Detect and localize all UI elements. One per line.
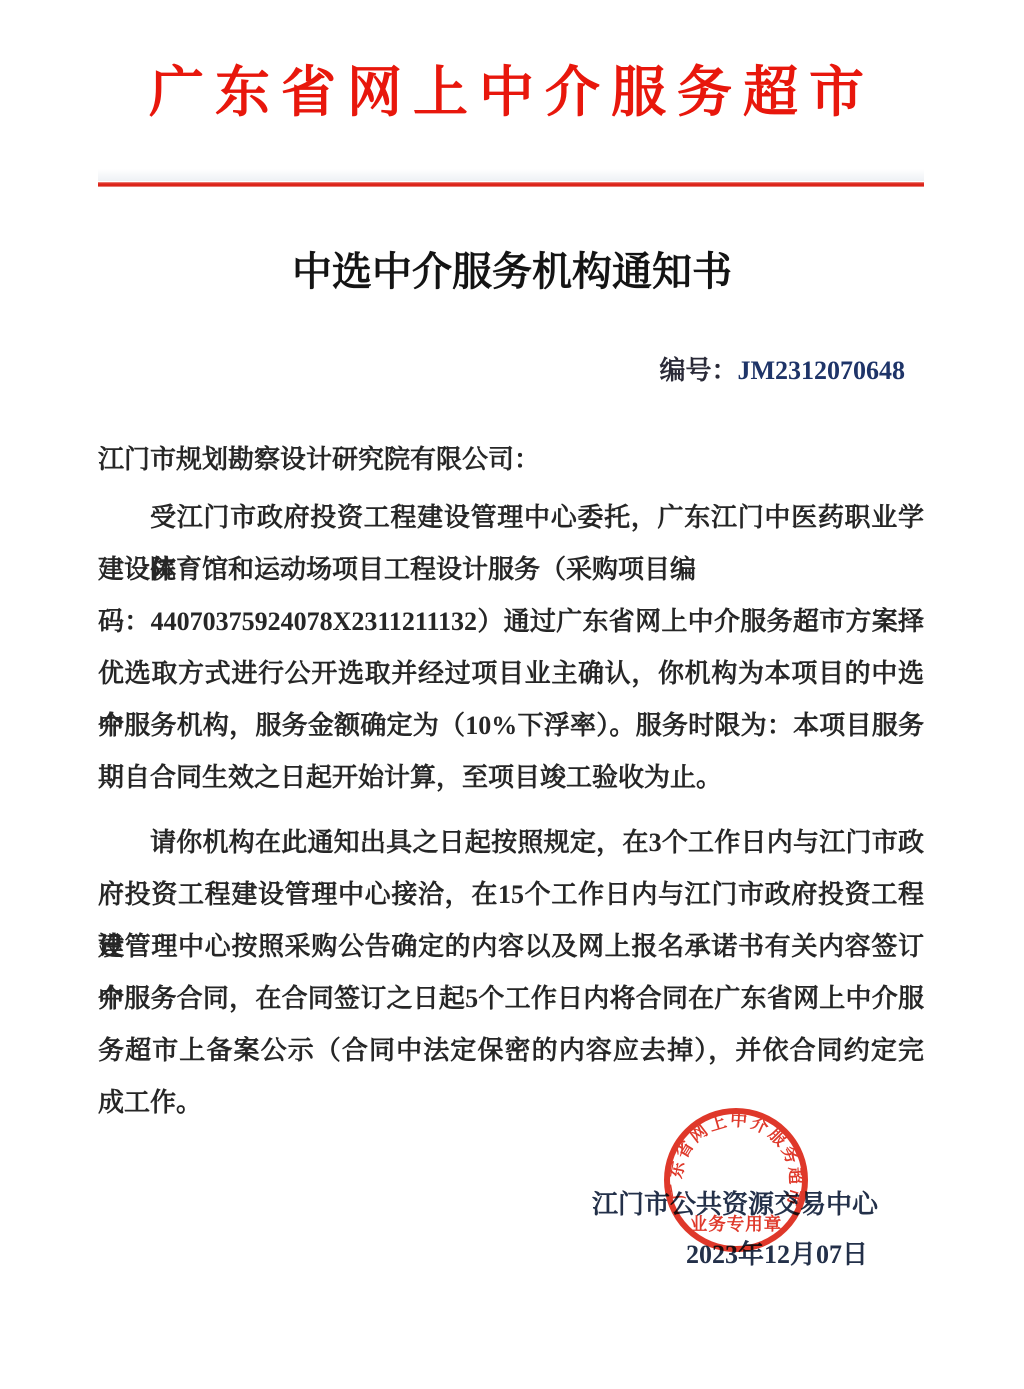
body-line: 府投资工程建设管理中心接洽，在15个工作日内与江门市政府投资工程建 <box>98 869 924 921</box>
body-line: 介服务合同，在合同签订之日起5个工作日内将合同在广东省网上中介服 <box>98 973 924 1025</box>
header-rule-shadow <box>98 169 924 181</box>
body-line: 建设体育馆和运动场项目工程设计服务（采购项目编 <box>98 544 924 596</box>
body-line: 设管理中心按照采购公告确定的内容以及网上报名承诺书有关内容签订中 <box>98 921 924 973</box>
document-page: 广东省网上中介服务超市 中选中介服务机构通知书 编号：JM2312070648 … <box>0 0 1024 1389</box>
site-title: 广东省网上中介服务超市 <box>0 48 1024 127</box>
header-red-rule <box>98 182 924 187</box>
signoff-organization: 江门市公共资源交易中心 <box>592 1184 878 1221</box>
body-line: 受江门市政府投资工程建设管理中心委托，广东江门中医药职业学院 <box>98 492 924 544</box>
document-number-label: 编号： <box>659 356 737 385</box>
body-line: 期自合同生效之日起开始计算，至项目竣工验收为止。 <box>98 752 924 804</box>
document-number-value: JM2312070648 <box>737 356 905 385</box>
document-title: 中选中介服务机构通知书 <box>0 240 1024 297</box>
body-line: 请你机构在此通知出具之日起按照规定，在3个工作日内与江门市政 <box>98 817 924 869</box>
signoff-date: 2023年12月07日 <box>686 1234 868 1271</box>
salutation: 江门市规划勘察设计研究院有限公司： <box>98 434 924 486</box>
body-line: 介服务机构，服务金额确定为（10%下浮率）。服务时限为：本项目服务 <box>98 700 924 752</box>
body-line: 务超市上备案公示（合同中法定保密的内容应去掉），并依合同约定完 <box>98 1025 924 1077</box>
document-number: 编号：JM2312070648 <box>659 350 905 387</box>
body-line: 码：44070375924078X2311211132）通过广东省网上中介服务超… <box>98 596 924 648</box>
body-line: 优选取方式进行公开选取并经过项目业主确认，你机构为本项目的中选中 <box>98 648 924 700</box>
